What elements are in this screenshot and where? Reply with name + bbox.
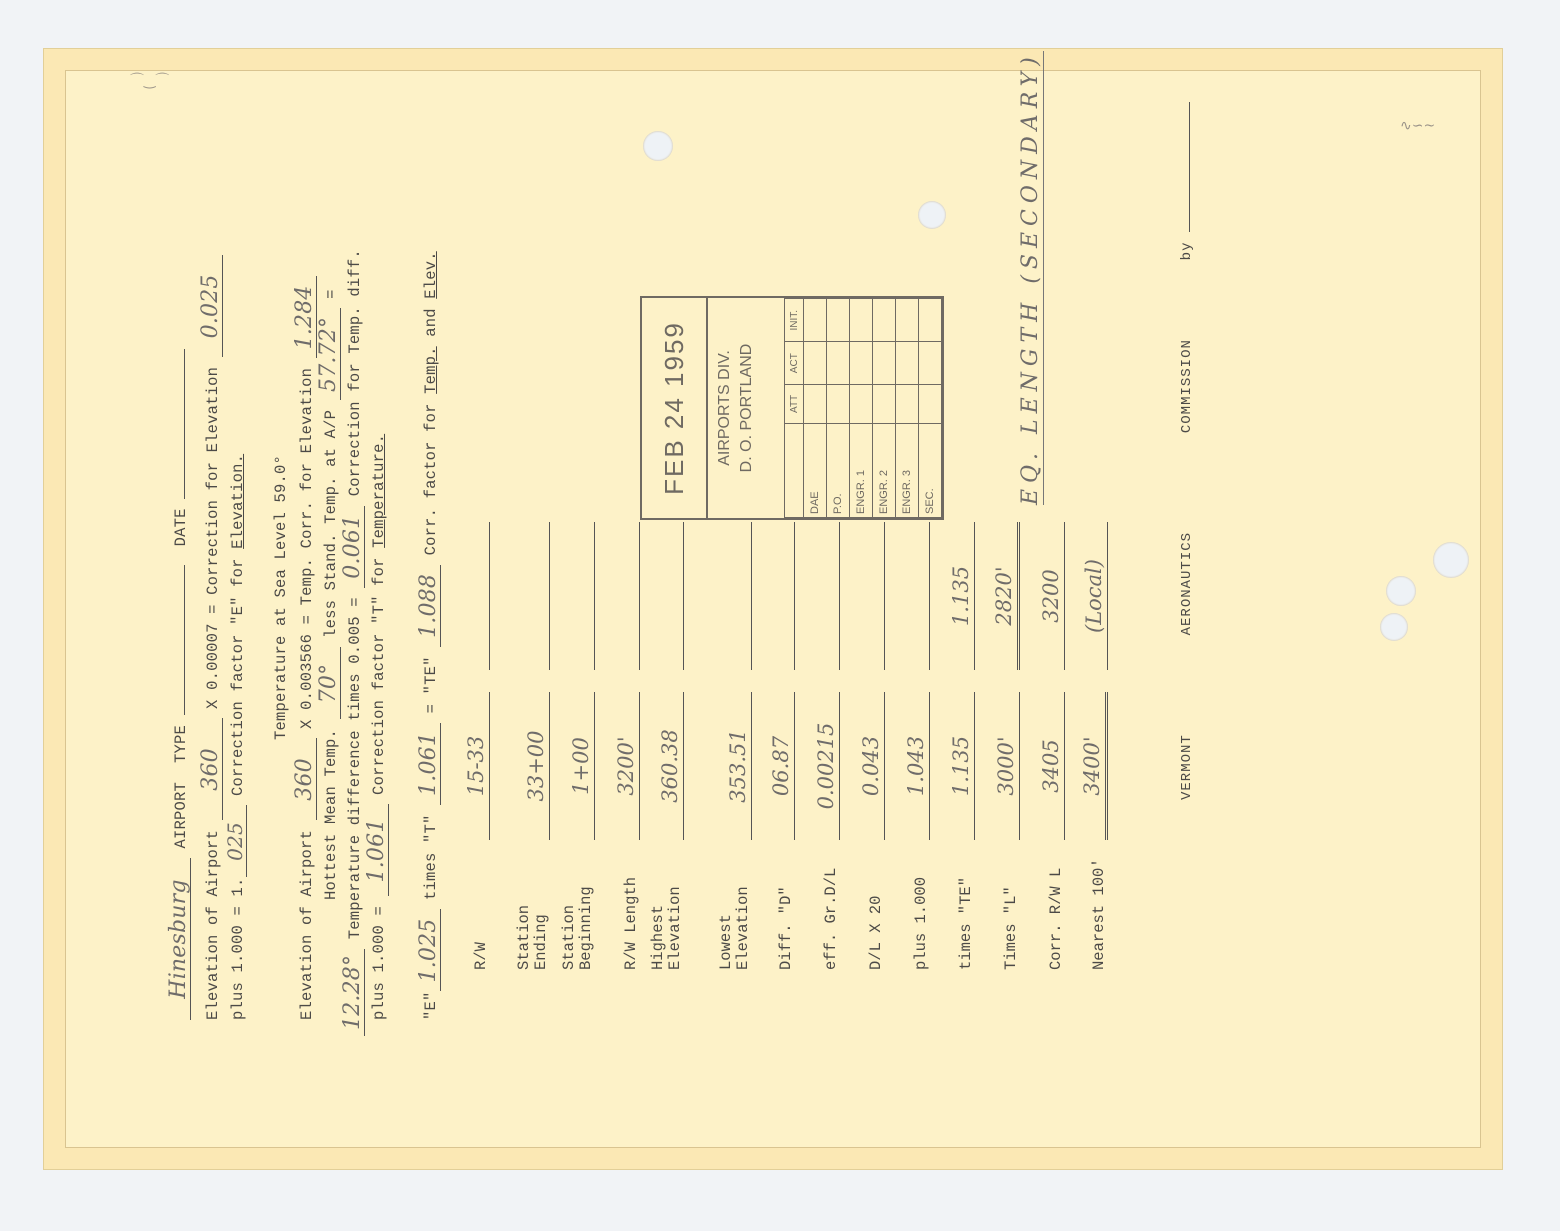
text: Corr. factor for — [422, 403, 440, 555]
received-stamp: FEB 24 1959 AIRPORTS DIV. D. O. PORTLAND… — [640, 296, 944, 520]
stamp-cell[interactable] — [896, 299, 919, 342]
col1-value[interactable]: 1.135 — [948, 692, 975, 840]
org-name-part: COMMISSION — [1179, 339, 1195, 433]
row-label: plus 1.000 — [913, 830, 930, 970]
stamp-cell[interactable] — [850, 342, 873, 384]
temp-difference-field[interactable]: 12.28° — [342, 949, 365, 1036]
col1-value[interactable]: 3400' — [1079, 692, 1108, 840]
col2-value[interactable] — [768, 522, 795, 670]
stamp-row-label: DAE — [804, 423, 827, 517]
text: Correction factor "T" for — [370, 557, 388, 795]
col2-value[interactable] — [568, 522, 595, 670]
stamp-cell[interactable] — [919, 299, 942, 342]
footer: VERMONT AERONAUTICS COMMISSION by — [1175, 102, 1195, 800]
combined-factor-line: "E"1.025 times "T" 1.061 = "TE" 1.088 Co… — [418, 251, 441, 1020]
text: Hottest Mean Temp. — [322, 729, 340, 900]
elevation-line-2: plus 1.000 = 1.025 Correction factor "E"… — [224, 454, 247, 1020]
stamp-cell[interactable] — [896, 342, 919, 384]
stamp-division: AIRPORTS DIV. D. O. PORTLAND — [708, 298, 786, 518]
stamp-cell[interactable] — [804, 299, 827, 342]
col2-value[interactable] — [523, 522, 550, 670]
type-field[interactable] — [170, 565, 185, 715]
row-label: Highest Elevation — [650, 830, 684, 970]
stamp-cell[interactable] — [804, 342, 827, 384]
date-field[interactable] — [170, 349, 185, 499]
row-label: times "TE" — [958, 830, 975, 970]
col1-value[interactable]: 3405 — [1038, 692, 1065, 840]
type-label: TYPE — [172, 725, 190, 763]
temperature-line-1: Elevation of Airport 360 X 0.003566 = Te… — [294, 276, 317, 1020]
col2-value[interactable] — [858, 522, 885, 670]
row-label: Corr. R/W L — [1048, 830, 1065, 970]
header-line: Hinesburg AIRPORT TYPE DATE — [168, 349, 191, 1020]
col2-value[interactable] — [613, 522, 640, 670]
temperature-line-3: 12.28° Temperature difference times 0.00… — [342, 249, 365, 1036]
text: plus 1.000 = 1. — [229, 877, 247, 1020]
stamp-cell[interactable] — [827, 342, 850, 384]
stamp-row-label: ENGR. 2 — [873, 423, 896, 517]
stamp-row-label: P.O. — [827, 423, 850, 517]
airport-elevation-field[interactable]: 360 — [200, 718, 223, 820]
text: "E" — [422, 991, 440, 1020]
row-label: Times "L" — [1003, 830, 1020, 970]
airport-name-field[interactable]: Hinesburg — [168, 858, 191, 1020]
text: and — [422, 308, 440, 337]
row-label: Station Ending — [516, 830, 550, 970]
text: X 0.00007 = Correction for Elevation — [204, 367, 222, 709]
col1-value[interactable]: 360.38 — [657, 692, 684, 840]
signature-field[interactable] — [1175, 102, 1190, 232]
row-label: Lowest Elevation — [718, 830, 752, 970]
row-label: R/W — [473, 830, 490, 970]
temperature-heading: Temperature at Sea Level 59.0° — [272, 455, 290, 740]
stamp-col-header: ACT — [785, 342, 804, 384]
rotated-document: Hinesburg AIRPORT TYPE DATE Elevation of… — [50, 60, 1510, 1160]
stamp-routing-table: ATT ACT INIT. DAE P.O. ENGR. 1 ENGR. 2 E… — [784, 298, 942, 518]
col2-value[interactable] — [813, 522, 840, 670]
col1-value[interactable]: 1.043 — [903, 692, 930, 840]
row-label: Station Beginning — [561, 830, 595, 970]
col2-value[interactable] — [725, 522, 752, 670]
col2-value[interactable] — [463, 522, 490, 670]
row-label: Diff. "D" — [778, 830, 795, 970]
airport-label: AIRPORT — [172, 782, 190, 849]
text: times "T" — [422, 814, 440, 900]
standard-temp-field[interactable]: 57.72° — [318, 308, 341, 400]
text: plus 1.000 = — [370, 906, 388, 1020]
stamp-cell[interactable] — [827, 384, 850, 423]
stamp-col-header: ATT — [785, 384, 804, 423]
col1-value[interactable]: 06.87 — [768, 692, 795, 840]
col2-value[interactable]: 2820' — [991, 522, 1020, 670]
stamp-row-label: SEC. — [919, 423, 942, 517]
stamp-row-label: ENGR. 1 — [850, 423, 873, 517]
stamp-line-2: D. O. PORTLAND — [736, 298, 758, 518]
equivalent-length-annotation: EQ. LENGTH (SECONDARY) — [1018, 51, 1044, 505]
col2-value[interactable] — [903, 522, 930, 670]
text: Correction factor "E" for — [229, 558, 247, 796]
temp-airport-elevation-field[interactable]: 360 — [294, 738, 317, 820]
stamp-line-1: AIRPORTS DIV. — [714, 298, 736, 518]
col1-value[interactable]: 0.00215 — [813, 692, 840, 840]
text: Elev. — [422, 251, 440, 299]
stamp-cell[interactable] — [873, 299, 896, 342]
stamp-cell[interactable] — [919, 342, 942, 384]
stamp-cell[interactable] — [827, 299, 850, 342]
factor-t-field[interactable]: 1.061 — [366, 804, 389, 896]
text: Temperature. — [370, 434, 388, 548]
factor-e-value[interactable]: 1.025 — [418, 909, 441, 991]
text: X 0.003566 = Temp. Corr. for Elevation — [298, 368, 316, 729]
col2-value[interactable]: (Local) — [1081, 522, 1108, 670]
stamp-cell[interactable] — [896, 384, 919, 423]
stamp-date: FEB 24 1959 — [642, 298, 708, 518]
text: Temperature difference times 0.005 = — [346, 597, 364, 939]
col1-value[interactable]: 15-33 — [463, 692, 490, 840]
org-name-part: VERMONT — [1179, 734, 1195, 800]
row-label: R/W Length — [623, 830, 640, 970]
row-label: D/L X 20 — [868, 830, 885, 970]
factor-t-value[interactable]: 1.061 — [418, 723, 441, 805]
by-label: by — [1179, 242, 1195, 261]
col2-value[interactable] — [657, 522, 684, 670]
stamp-cell[interactable] — [873, 384, 896, 423]
hottest-mean-temp-field[interactable]: 70° — [318, 647, 341, 719]
stamp-col-header — [785, 423, 804, 517]
col1-value[interactable]: 33+00 — [523, 692, 550, 840]
temperature-line-2: Hottest Mean Temp. 70° less Stand. Temp.… — [318, 289, 341, 900]
factor-e-field[interactable]: 025 — [224, 805, 247, 877]
elevation-line-1: Elevation of Airport 360 X 0.00007 = Cor… — [200, 255, 223, 1020]
stamp-cell[interactable] — [919, 384, 942, 423]
text: Elevation of Airport — [204, 830, 222, 1020]
text: = — [322, 289, 340, 299]
stamp-cell[interactable] — [804, 384, 827, 423]
stamp-cell[interactable] — [850, 384, 873, 423]
text: less Stand. Temp. at A/P — [322, 410, 340, 638]
text: Temp. — [422, 346, 440, 394]
stamp-cell[interactable] — [850, 299, 873, 342]
col2-value[interactable]: 3200 — [1038, 522, 1065, 670]
temp-correction-field[interactable]: 0.061 — [342, 506, 365, 588]
temperature-line-4: plus 1.000 = 1.061 Correction factor "T"… — [366, 434, 389, 1020]
text: Elevation. — [229, 454, 247, 549]
col1-value[interactable]: 1+00 — [568, 692, 595, 840]
date-label: DATE — [172, 508, 190, 546]
factor-te-value[interactable]: 1.088 — [418, 565, 441, 647]
temp-corr-elevation-field[interactable]: 1.284 — [294, 276, 317, 358]
elevation-correction-field[interactable]: 0.025 — [200, 255, 223, 357]
col1-value[interactable]: 3000' — [993, 692, 1020, 840]
col1-value[interactable]: 353.51 — [725, 692, 752, 840]
row-label: eff. Gr.D/L — [823, 830, 840, 970]
col2-value[interactable]: 1.135 — [948, 522, 975, 670]
col1-value[interactable]: 0.043 — [858, 692, 885, 840]
text: Correction for Temp. diff. — [346, 249, 364, 496]
row-label: Nearest 100' — [1091, 830, 1108, 970]
col1-value[interactable]: 3200' — [613, 692, 640, 840]
org-name-part: AERONAUTICS — [1179, 532, 1195, 635]
stamp-row-label: ENGR. 3 — [896, 423, 919, 517]
stamp-col-header: INIT. — [785, 299, 804, 342]
text: = "TE" — [422, 656, 440, 713]
stamp-cell[interactable] — [873, 342, 896, 384]
text: Elevation of Airport — [298, 830, 316, 1020]
